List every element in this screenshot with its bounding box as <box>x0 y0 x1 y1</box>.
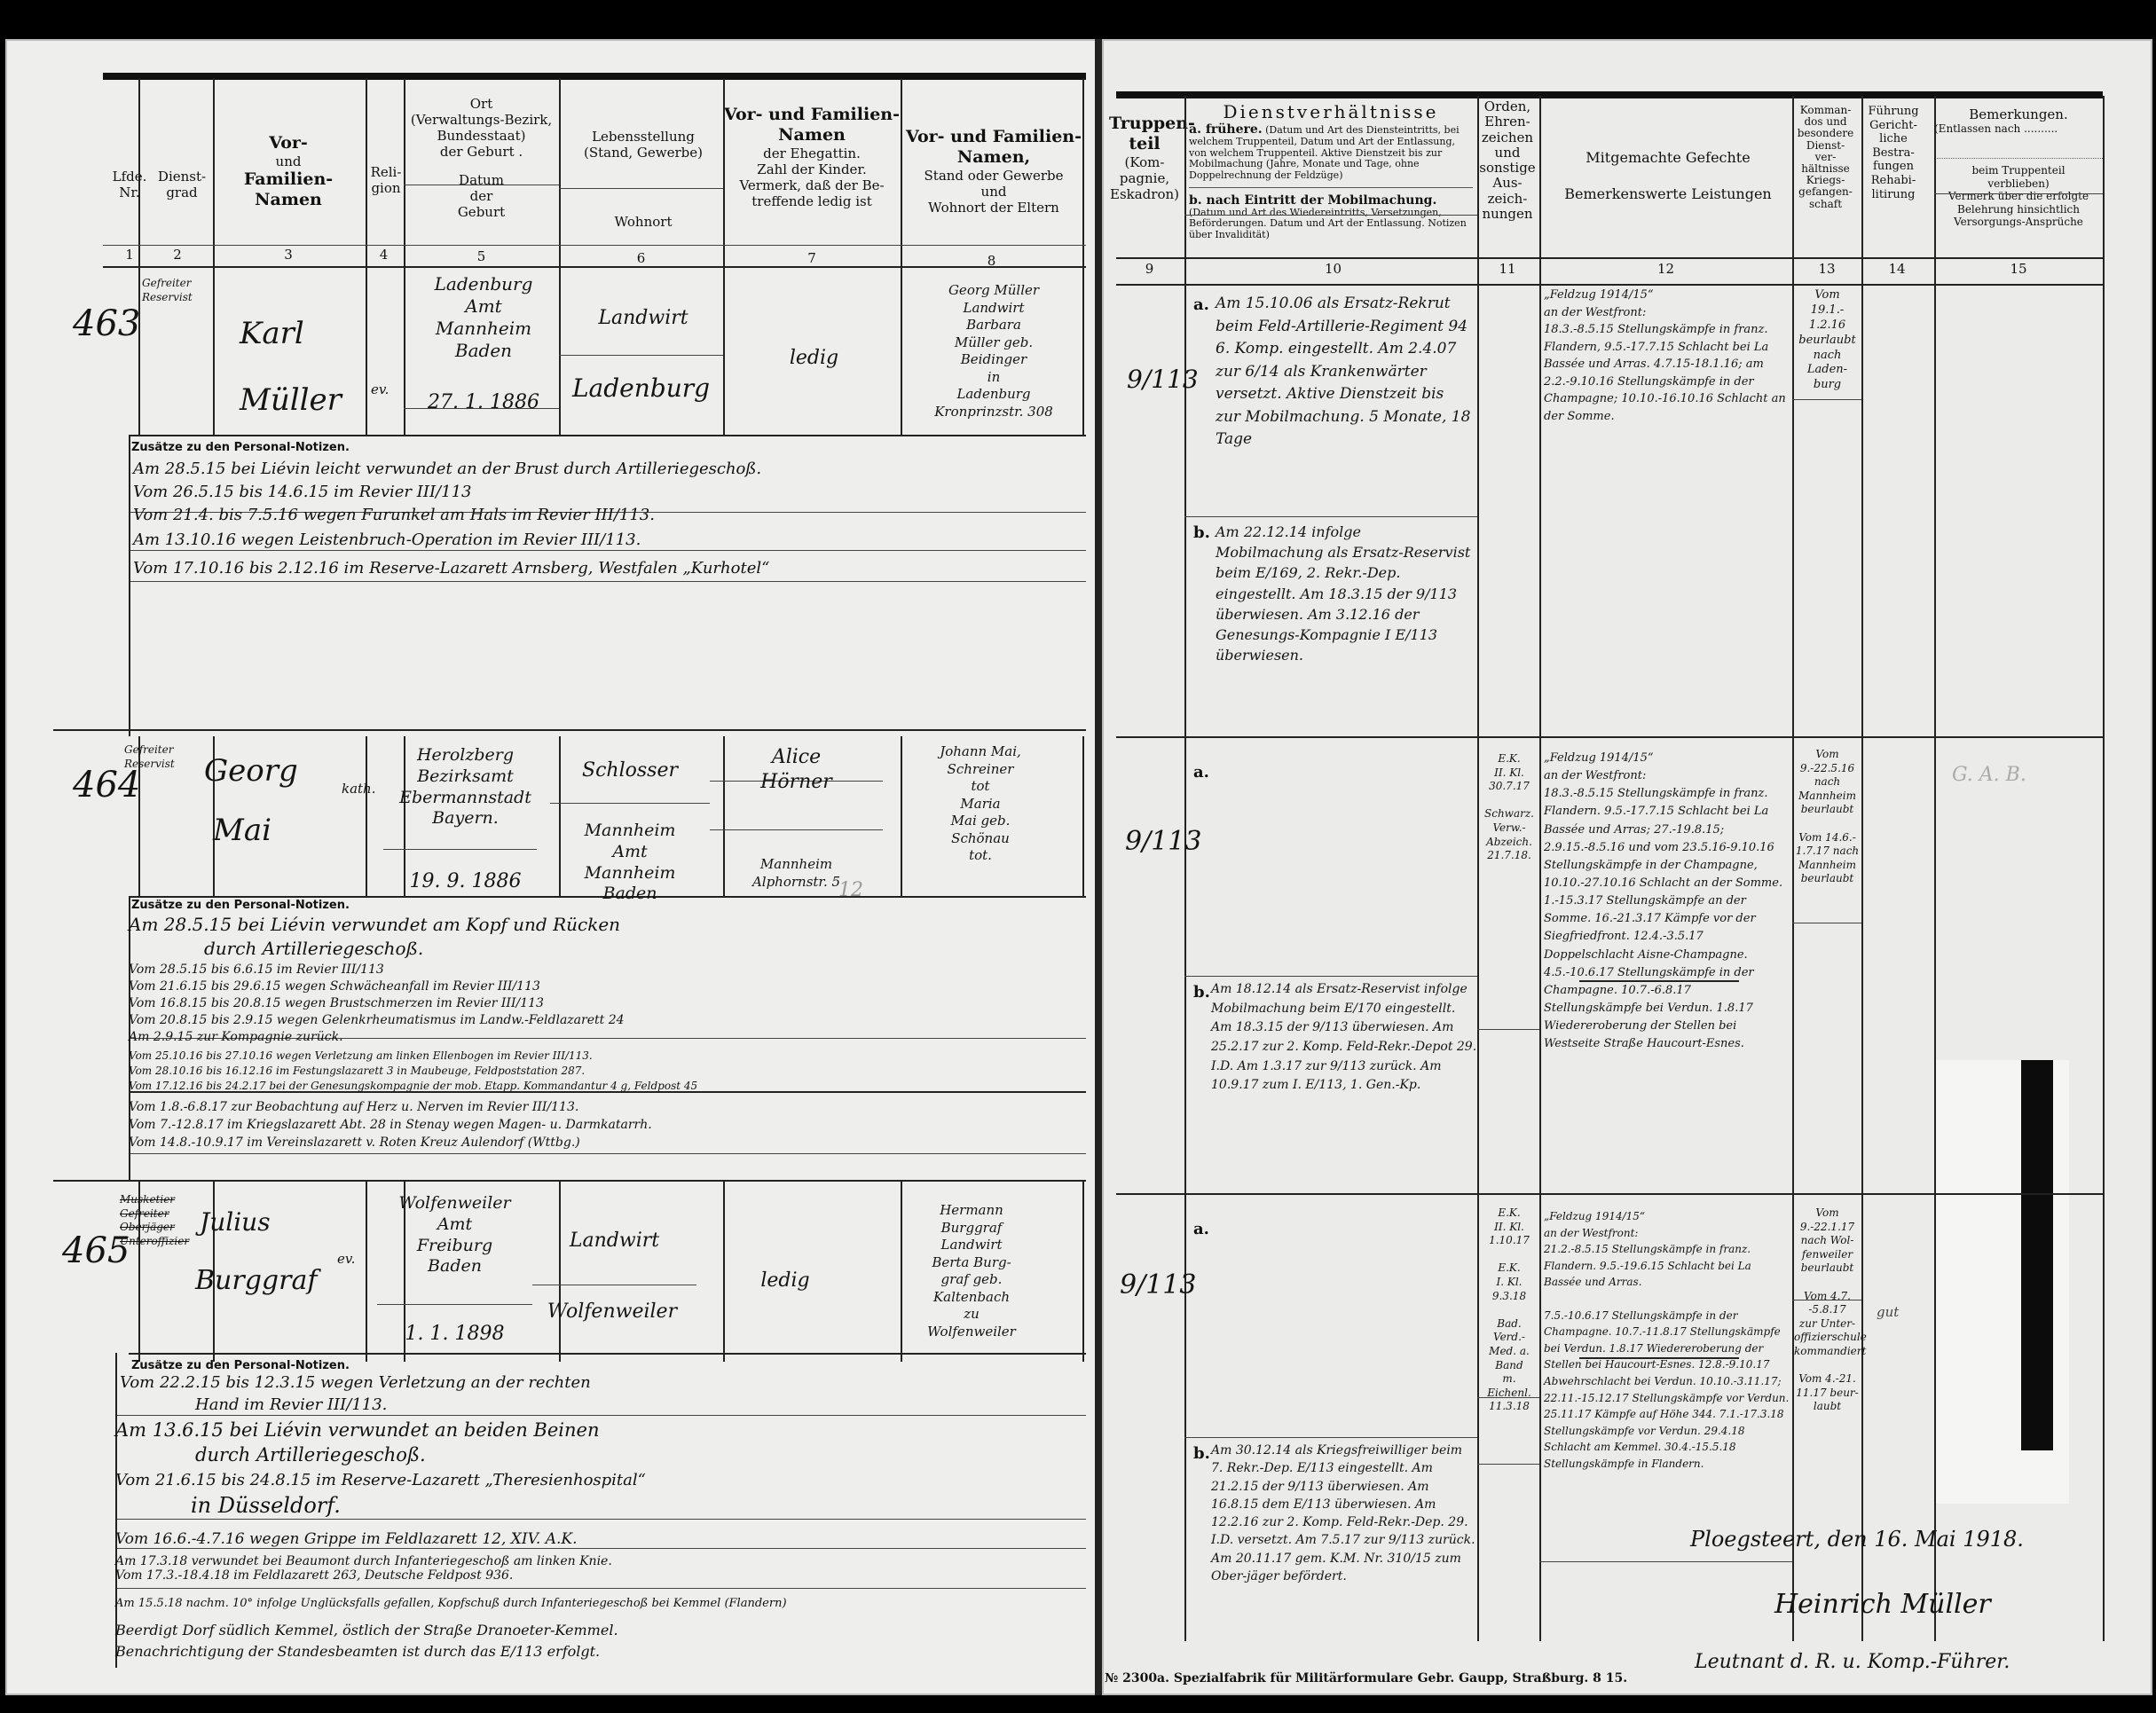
note-line: Am 13.10.16 wegen Leistenbruch-Operation… <box>133 530 641 549</box>
section-a-marker: a. <box>1193 1220 1209 1238</box>
note-line: durch Artilleriegeschoß. <box>204 938 423 959</box>
col-6-line: (Stand, Gewerbe) <box>563 145 723 161</box>
row-rule <box>1934 193 2103 194</box>
col-11-line: zeich- <box>1477 192 1538 207</box>
col-7-line: Namen <box>778 125 846 145</box>
col-number: 10 <box>1189 261 1477 277</box>
col-header-14: Führung Gericht- liche Bestra- fungen Re… <box>1861 105 1925 201</box>
service-after-mobilization: Am 22.12.14 infolge Mobilmachung als Ers… <box>1216 522 1473 665</box>
col-14-line: litirung <box>1861 188 1925 202</box>
note-line: Vom 16.6.-4.7.16 wegen Grippe im Feldlaz… <box>115 1530 578 1548</box>
col-number: 5 <box>404 248 559 264</box>
col-header-6: Lebensstellung (Stand, Gewerbe) Wohnort <box>563 129 723 230</box>
note-line: Am 28.5.15 bei Liévin verwundet am Kopf … <box>129 914 620 935</box>
row-rule <box>129 1353 1086 1355</box>
col-14-line: Rehabi- <box>1861 174 1925 188</box>
col-13-line: schaft <box>1792 199 1859 210</box>
place-date: Ploegsteert, den 16. Mai 1918. <box>1690 1526 2024 1552</box>
signature: Heinrich Müller <box>1774 1588 1991 1622</box>
col-number: 14 <box>1861 261 1932 277</box>
birth-date: 1. 1. 1898 <box>377 1322 532 1347</box>
col-10-a-label: a. frühere. <box>1189 122 1263 137</box>
col-number: 2 <box>142 247 213 263</box>
column-rule <box>129 435 130 736</box>
col-11-line: und <box>1477 145 1538 161</box>
col-header-10: Dienstverhältnisse a. frühere. (Datum un… <box>1189 102 1473 241</box>
notes-label: Zusätze zu den Personal-Notizen. <box>131 1359 350 1372</box>
row-rule <box>1116 1193 2103 1195</box>
column-rule <box>138 266 140 435</box>
col-9-line: Eskadron) <box>1109 186 1180 202</box>
col-12-line: Bemerkenswerte Leistungen <box>1539 185 1797 202</box>
note-line: Vom 21.6.15 bis 29.6.15 wegen Schwächean… <box>129 979 540 994</box>
col-5-line: der <box>404 188 559 204</box>
column-rule <box>366 78 367 266</box>
column-rule <box>213 78 215 266</box>
row-rule <box>377 1304 532 1305</box>
commands: Vom 19.1.- 1.2.16 beurlaubt nach Laden- … <box>1794 288 1861 393</box>
parents: Georg Müller Landwirt Barbara Müller geb… <box>905 282 1082 420</box>
col-8-line: Namen, <box>957 147 1030 167</box>
parents: Hermann Burggraf Landwirt Berta Burg- gr… <box>878 1202 1065 1340</box>
col-2-line: grad <box>142 185 222 200</box>
residence: Mannheim Amt Mannheim Baden <box>550 821 710 905</box>
decorations: E.K. II. Kl. 30.7.17 Schwarz. Verw.- Abz… <box>1480 752 1538 863</box>
col-number: 9 <box>1116 261 1183 277</box>
notes-label: Zusätze zu den Personal-Notizen. <box>131 899 350 912</box>
row-rule <box>115 1519 1086 1520</box>
rank: Musketier Gefreiter Oberjäger Unteroffiz… <box>120 1193 191 1248</box>
col-10-b-label: b. nach Eintritt der Mobilmachung. <box>1189 193 1436 208</box>
header-top-rule <box>1116 91 2103 98</box>
occupation: Landwirt <box>537 1229 692 1253</box>
row-rule <box>1477 1029 1539 1030</box>
col-14-line: Führung <box>1861 105 1925 119</box>
col-header-11: Orden, Ehren- zeichen und sonstige Aus- … <box>1477 99 1538 222</box>
col-5-line: Bundesstaat) <box>404 128 559 144</box>
unit: 9/113 <box>1125 825 1201 859</box>
row-rule <box>1116 736 2103 738</box>
note-line: Vom 20.8.15 bis 2.9.15 wegen Gelenkrheum… <box>129 1013 625 1027</box>
note-line: Am 15.5.18 nachm. 10° infolge Unglücksfa… <box>115 1597 787 1610</box>
header-bottom-rule <box>1116 257 2103 259</box>
first-name: Georg <box>204 752 298 790</box>
column-rule <box>138 78 140 266</box>
row-rule <box>129 581 1086 582</box>
column-rule <box>901 78 902 266</box>
note-line: Am 13.6.15 bei Liévin verwundet an beide… <box>115 1419 600 1441</box>
commands: Vom 9.-22.5.16 nach Mannheim beurlaubt V… <box>1794 748 1861 886</box>
column-rule <box>404 266 405 435</box>
column-rule <box>213 266 215 435</box>
col-14-line: Gericht- <box>1861 119 1925 133</box>
column-rule <box>559 78 561 266</box>
col-header-4: Reli- gion <box>368 164 404 196</box>
row-rule <box>532 1285 696 1285</box>
religion: kath. <box>342 781 376 798</box>
row-rule <box>1184 516 1477 517</box>
section-a-marker: a. <box>1193 295 1209 314</box>
col-11-line: Aus- <box>1477 176 1538 191</box>
note-line: Vom 1.8.-6.8.17 zur Beobachtung auf Herz… <box>129 1100 578 1114</box>
note-line: Vom 7.-12.8.17 im Kriegslazarett Abt. 28… <box>129 1118 652 1132</box>
row-rule <box>404 185 559 185</box>
row-rule <box>129 550 1086 551</box>
col-4-line: Reli- <box>368 164 404 180</box>
col-8-line: Vor- und Familien- <box>906 127 1082 146</box>
row-rule <box>129 1153 1086 1154</box>
form-imprint: № 2300a. Spezialfabrik für Militärformul… <box>1105 1671 1627 1685</box>
col-5-line: Datum <box>404 172 559 188</box>
section-b-marker: b. <box>1193 1444 1210 1463</box>
col-3-line: und <box>213 153 364 169</box>
section-b-marker: b. <box>1193 983 1210 1002</box>
service-after-mobilization: Am 18.12.14 als Ersatz-Reservist infolge… <box>1211 980 1477 1096</box>
column-rule <box>1861 96 1863 1641</box>
note-line: Am 17.3.18 verwundet bei Beaumont durch … <box>115 1554 612 1568</box>
row-rule <box>129 435 1086 436</box>
column-rule <box>723 266 725 435</box>
residence: Ladenburg <box>559 373 723 404</box>
notes-label: Zusätze zu den Personal-Notizen. <box>131 441 350 454</box>
column-rule <box>1082 78 1084 266</box>
row-rule <box>1477 1464 1539 1465</box>
service-before-mobilization: Am 15.10.06 als Ersatz-Rekrut beim Feld-… <box>1216 293 1473 452</box>
commands: Vom 9.-22.1.17 nach Wol- fenweiler beurl… <box>1794 1206 1861 1414</box>
last-name: Müller <box>240 381 342 420</box>
conduct: gut <box>1877 1304 1899 1322</box>
column-rule <box>366 1180 367 1362</box>
col-number: 13 <box>1792 261 1861 277</box>
column-rule <box>366 266 367 435</box>
column-rule <box>1184 96 1186 1641</box>
book-gutter <box>1095 39 1102 1695</box>
pencil-note: 12 <box>838 878 863 903</box>
col-3-line: Namen <box>255 190 322 209</box>
col-header-13: Komman- dos und besondere Dienst- ver- h… <box>1792 105 1859 210</box>
unit: 9/113 <box>1120 1269 1196 1302</box>
birth-date: 19. 9. 1886 <box>383 869 547 894</box>
row-rule <box>559 188 723 189</box>
row-rule <box>710 829 883 830</box>
row-rule <box>103 245 1086 246</box>
col-9-line: Truppen- <box>1109 114 1195 133</box>
col-8-line: Stand oder Gewerbe <box>905 168 1082 184</box>
spouse-name: Alice Hörner <box>710 745 883 794</box>
col-9-line: pagnie, <box>1109 170 1180 186</box>
entry-number: 463 <box>73 302 140 346</box>
col-14-line: fungen <box>1861 160 1925 174</box>
col-5-line: der Geburt . <box>404 144 559 160</box>
signature-title: Leutnant d. R. u. Komp.-Führer. <box>1695 1650 2010 1675</box>
col-13-line: besondere <box>1792 128 1859 139</box>
col-8-line: Wohnort der Eltern <box>905 200 1082 216</box>
col-number: 8 <box>901 253 1082 269</box>
col-14-line: liche <box>1861 132 1925 146</box>
battles: „Feldzug 1914/15“ an der Westfront: 21.2… <box>1544 1208 1790 1473</box>
note-line: Vom 21.4. bis 7.5.16 wegen Furunkel am H… <box>133 506 655 524</box>
col-13-line: Dienst- <box>1792 140 1859 152</box>
col-10-title: Dienstverhältnisse <box>1189 102 1473 122</box>
col-6-line: Lebensstellung <box>563 129 723 145</box>
col-11-line: sonstige <box>1477 161 1538 176</box>
battles: „Feldzug 1914/15“ an der Westfront: 18.3… <box>1544 287 1792 425</box>
occupation: Schlosser <box>550 758 710 783</box>
row-rule <box>1184 215 1477 216</box>
col-5-line: Ort <box>404 96 559 112</box>
col-12-line: Mitgemachte Gefechte <box>1539 149 1797 166</box>
col-11-line: nungen <box>1477 207 1538 222</box>
col-13-line: gefangen- <box>1792 186 1859 198</box>
col-15-line: (Entlassen nach .......... <box>1934 122 2103 135</box>
col-15-line: beim Truppenteil <box>1934 164 2103 177</box>
note-line: Vom 14.8.-10.9.17 im Vereinslazarett v. … <box>129 1135 580 1150</box>
col-header-8: Vor- und Familien- Namen, Stand oder Gew… <box>905 127 1082 216</box>
row-rule <box>1539 1561 1792 1562</box>
col-7-line: Vor- und Familien- <box>724 105 900 124</box>
col-number: 4 <box>364 247 404 263</box>
column-rule <box>1477 96 1479 1641</box>
religion: ev. <box>337 1251 355 1269</box>
row-rule <box>1184 976 1477 977</box>
col-15-line: Versorgungs-Ansprüche <box>1934 216 2103 228</box>
column-rule <box>723 78 725 266</box>
battles: „Feldzug 1914/15“ an der Westfront: 18.3… <box>1544 750 1790 1053</box>
col-11-line: Ehren- <box>1477 114 1538 130</box>
col-8-line: und <box>905 184 1082 200</box>
unit: 9/113 <box>1127 364 1199 395</box>
birth-date: 27. 1. 1886 <box>408 390 559 415</box>
section-b-marker: b. <box>1193 523 1210 542</box>
col-15-line: Vermerk über die erfolgte <box>1934 190 2103 202</box>
note-line: Am 2.9.15 zur Kompagnie zurück. <box>129 1030 343 1044</box>
decorations: E.K. II. Kl. 1.10.17 E.K. I. Kl. 9.3.18 … <box>1480 1206 1538 1414</box>
occupation: Landwirt <box>568 306 719 331</box>
birth-place: Wolfenweiler Amt Freiburg Baden <box>377 1193 532 1277</box>
row-rule <box>1116 284 2103 286</box>
row-rule <box>53 1180 1086 1182</box>
spouse-status: ledig <box>728 346 901 371</box>
col-11-line: zeichen <box>1477 130 1538 145</box>
note-line: Hand im Revier III/113. <box>195 1395 387 1414</box>
column-rule <box>1934 96 1936 1641</box>
row-rule <box>115 1548 1086 1549</box>
col-header-12: Mitgemachte Gefechte Bemerkenswerte Leis… <box>1539 149 1797 202</box>
row-rule <box>1792 923 1861 923</box>
col-5-line: (Verwaltungs-Bezirk, <box>404 112 559 128</box>
header-top-rule <box>103 73 1086 80</box>
col-6-line: Wohnort <box>563 214 723 230</box>
col-7-line: Vermerk, daß der Be- <box>723 177 901 193</box>
first-name: Karl <box>240 315 304 353</box>
col-header-5: Ort (Verwaltungs-Bezirk, Bundesstaat) de… <box>404 96 559 220</box>
parents: Johann Mai, Schreiner tot Maria Mai geb.… <box>892 743 1069 865</box>
birth-place: Ladenburg Amt Mannheim Baden <box>408 273 559 362</box>
note-line: Am 28.5.15 bei Liévin leicht verwundet a… <box>133 460 761 478</box>
column-rule <box>559 1180 561 1362</box>
note-line: Vom 17.12.16 bis 24.2.17 bei der Genesun… <box>129 1080 697 1092</box>
note-line: Vom 28.5.15 bis 6.6.15 im Revier III/113 <box>129 963 384 977</box>
row-rule <box>115 1415 1086 1416</box>
birth-place: Herolzberg Bezirksamt Ebermannstadt Baye… <box>383 745 547 829</box>
first-name: Julius <box>200 1206 271 1238</box>
note-line: durch Artilleriegeschoß. <box>195 1444 426 1465</box>
column-rule <box>1539 96 1541 1641</box>
column-rule <box>366 736 367 896</box>
column-rule <box>1082 266 1084 435</box>
last-name: Burggraf <box>195 1264 317 1298</box>
row-rule <box>559 355 723 356</box>
rank: Gefreiter Reservist <box>124 743 195 771</box>
col-4-line: gion <box>368 180 404 196</box>
note-line: Vom 17.3.-18.4.18 im Feldlazarett 263, D… <box>115 1568 513 1583</box>
col-number: 3 <box>213 247 364 263</box>
col-15-line: verblieben) <box>1934 177 2103 190</box>
note-line: Vom 25.10.16 bis 27.10.16 wegen Verletzu… <box>129 1049 593 1062</box>
col-number: 11 <box>1477 261 1538 277</box>
last-name: Mai <box>213 812 271 850</box>
col-3-line: Vor- <box>269 133 308 153</box>
row-rule <box>115 1588 1086 1589</box>
note-line: Beerdigt Dorf südlich Kemmel, östlich de… <box>115 1622 618 1638</box>
note-line: in Düsseldorf. <box>191 1493 341 1518</box>
pencil-remark: G. A. B. <box>1952 763 2026 788</box>
shadow-strip <box>2021 1060 2053 1450</box>
col-2-line: Dienst- <box>142 169 222 185</box>
column-rule <box>2103 96 2105 1641</box>
col-header-15: Bemerkungen. (Entlassen nach .......... … <box>1934 106 2103 228</box>
note-line: Vom 16.8.15 bis 20.8.15 wegen Brustschme… <box>129 996 544 1010</box>
col-3-line: Familien- <box>244 169 333 189</box>
row-rule <box>1184 1437 1477 1438</box>
col-number: 15 <box>1934 261 2103 277</box>
note-line: Vom 26.5.15 bis 14.6.15 im Revier III/11… <box>133 483 471 501</box>
rank: Gefreiter Reservist <box>142 277 213 304</box>
row-rule <box>1792 399 1861 400</box>
col-5-line: Geburt <box>404 204 559 220</box>
col-header-2: Dienst- grad <box>142 169 222 200</box>
note-line: Vom 22.2.15 bis 12.3.15 wegen Verletzung… <box>120 1373 591 1392</box>
column-rule <box>1082 1180 1084 1362</box>
col-number: 6 <box>559 250 723 266</box>
col-15-line: Bemerkungen. <box>1934 106 2103 122</box>
col-9-line: teil <box>1129 134 1160 153</box>
col-number: 7 <box>723 250 901 266</box>
col-13-line: ver- <box>1792 152 1859 163</box>
note-line: Vom 17.10.16 bis 2.12.16 im Reserve-Laza… <box>133 559 769 578</box>
col-15-line: Belehrung hinsichtlich <box>1934 203 2103 216</box>
note-line: Vom 21.6.15 bis 24.8.15 im Reserve-Lazar… <box>115 1471 646 1489</box>
col-7-line: treffende ledig ist <box>723 193 901 209</box>
section-a-marker: a. <box>1193 763 1209 782</box>
note-line: Benachrichtigung der Standesbeamten ist … <box>115 1643 600 1660</box>
residence: Wolfenweiler <box>532 1300 692 1324</box>
religion: ev. <box>371 381 389 399</box>
column-rule <box>559 266 561 435</box>
col-number: 12 <box>1539 261 1792 277</box>
column-rule <box>901 266 902 435</box>
col-7-line: der Ehegattin. <box>723 145 901 161</box>
col-header-9: Truppen- teil (Kom- pagnie, Eskadron) <box>1109 114 1180 202</box>
col-header-7: Vor- und Familien- Namen der Ehegattin. … <box>723 105 901 209</box>
col-10-b-text: (Datum und Art des Wiedereintritts, Vers… <box>1189 207 1467 240</box>
row-rule <box>550 803 710 804</box>
service-after-mobilization: Am 30.12.14 als Kriegsfreiwilliger beim … <box>1211 1442 1477 1585</box>
col-9-line: (Kom- <box>1109 154 1180 170</box>
spouse-status: ledig <box>696 1269 874 1293</box>
col-7-line: Zahl der Kinder. <box>723 161 901 177</box>
column-rule <box>115 1353 117 1668</box>
col-14-line: Bestra- <box>1861 146 1925 161</box>
col-11-line: Orden, <box>1477 99 1538 114</box>
note-line: Vom 28.10.16 bis 16.12.16 im Festungslaz… <box>129 1065 585 1077</box>
column-rule <box>404 78 405 266</box>
row-rule <box>383 849 537 850</box>
row-rule <box>53 729 1086 731</box>
col-header-3: Vor- und Familien- Namen <box>213 133 364 209</box>
column-rule <box>1082 736 1084 896</box>
